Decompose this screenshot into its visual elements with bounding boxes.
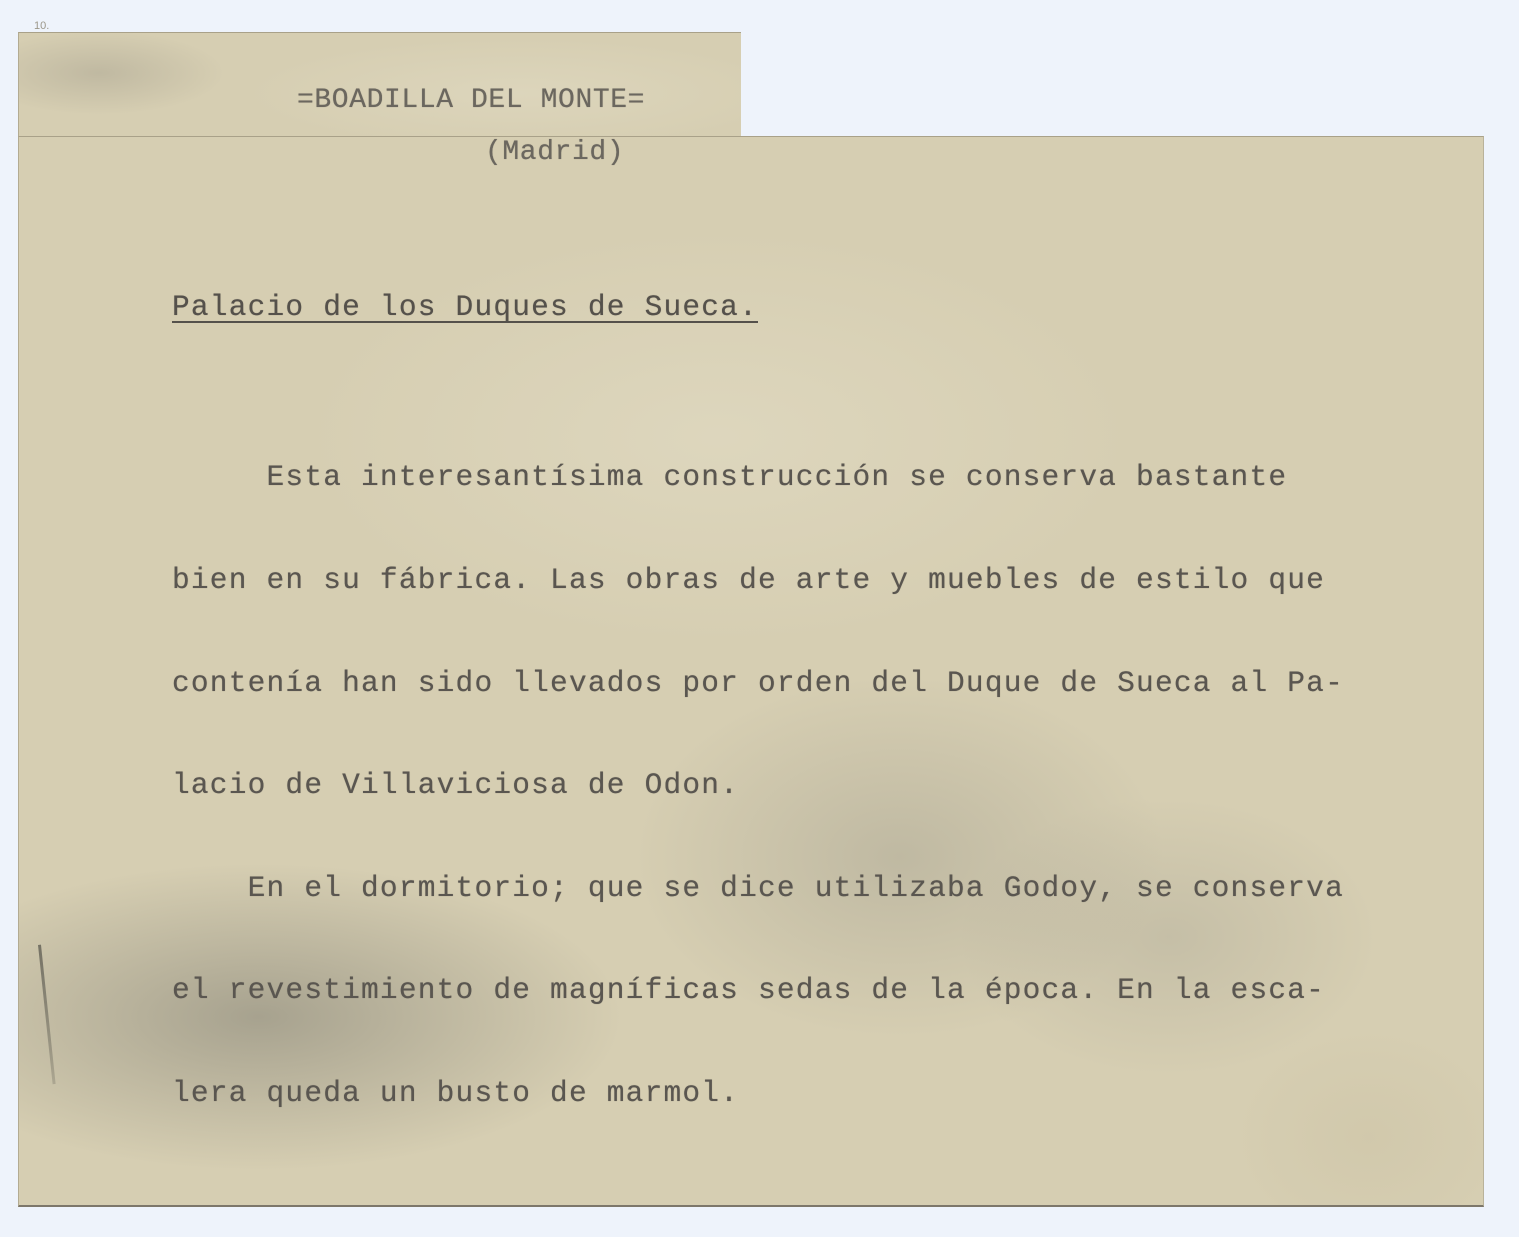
body-line: contenía han sido llevados por orden del… <box>172 666 1344 700</box>
document-card: 10. =BOADILLA DEL MONTE= (Madrid) Palaci… <box>0 0 1519 1237</box>
body-line: En el dormitorio; que se dice utilizaba … <box>172 871 1344 905</box>
subject-title: Palacio de los Duques de Sueca. <box>172 290 758 324</box>
body-line: el revestimiento de magníficas sedas de … <box>172 973 1344 1007</box>
place-heading: =BOADILLA DEL MONTE= <box>297 84 645 118</box>
margin-mark: 10. <box>34 20 49 32</box>
body-line: Esta interesantísima construcción se con… <box>172 460 1344 494</box>
body-line: lacio de Villaviciosa de Odon. <box>172 768 1344 802</box>
body-line: lera queda un busto de marmol. <box>172 1076 1344 1110</box>
region-heading: (Madrid) <box>485 136 624 170</box>
body-line: bien en su fábrica. Las obras de arte y … <box>172 563 1344 597</box>
body-text: Esta interesantísima construcción se con… <box>172 392 1344 1179</box>
